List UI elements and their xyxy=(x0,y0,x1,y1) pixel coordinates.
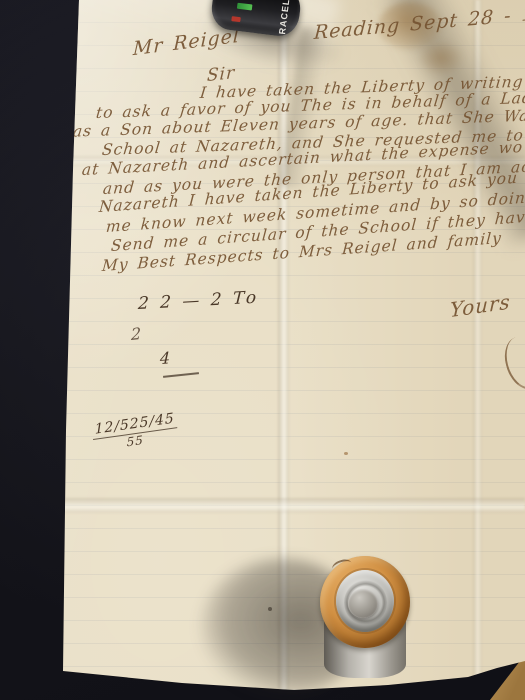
ink-stain xyxy=(418,40,464,76)
fold-crease-horizontal-middle xyxy=(58,498,525,513)
photo-backdrop: Reading Sept 28 - 18 Mr Reigel Sir I hav… xyxy=(0,0,525,700)
pencil-calculation-digit: 4 xyxy=(160,348,174,368)
pencil-calculation-digit: 2 xyxy=(131,324,144,344)
paper-speck xyxy=(344,452,348,455)
battery-brand-label: RACELL xyxy=(277,0,293,35)
battery-positive-terminal xyxy=(348,589,378,618)
battery-tester-red-stripe xyxy=(231,16,241,22)
fraction-denominator: 55 xyxy=(126,433,144,449)
battery-tester-green-stripe xyxy=(237,3,253,11)
